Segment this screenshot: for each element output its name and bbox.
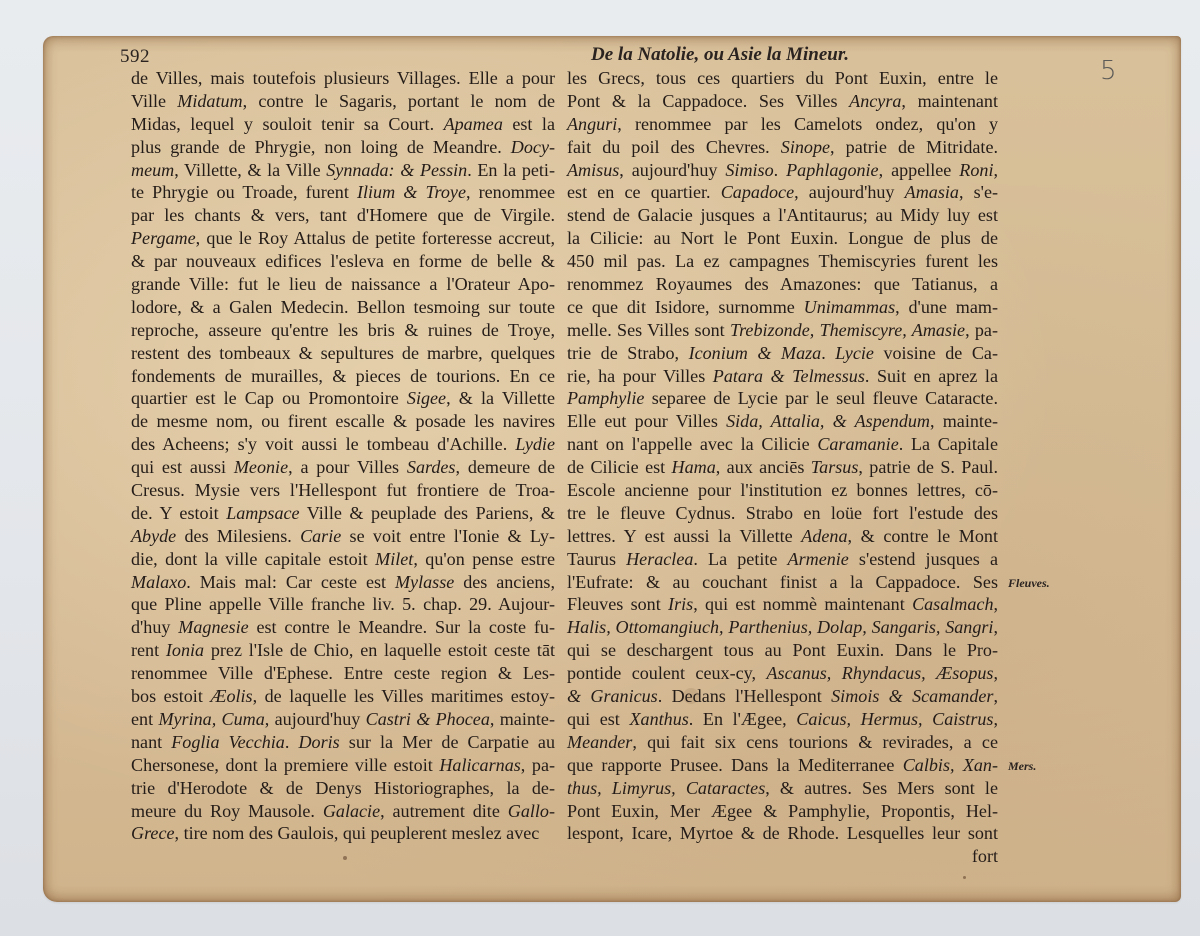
roman-run: rent [131, 640, 166, 660]
roman-run: , autrement dite [380, 801, 508, 821]
roman-run: stend de Galacie jusques a l'Antitaurus;… [567, 205, 998, 225]
text-line: Halis, Ottomangiuch, Parthenius, Dolap, … [567, 616, 998, 639]
roman-run: Taurus [567, 549, 626, 569]
text-line: Anguri, renommee par les Camelots ondez,… [567, 113, 998, 136]
roman-run: , aux anciēs [716, 457, 811, 477]
left-text-column: de Villes, mais toutefois plusieurs Vill… [131, 67, 555, 845]
roman-run: Ville & peuplade des Pariens, & [300, 503, 555, 523]
roman-run: , & contre le Mont [848, 526, 999, 546]
italic-run: Apamea [444, 114, 503, 134]
roman-run: , appellee [879, 160, 960, 180]
roman-run: . La petite [693, 549, 787, 569]
roman-run: rie, ha pour Villes [567, 366, 713, 386]
roman-run: tre le fleuve Cydnus. Strabo en loüe for… [567, 503, 998, 523]
roman-run: . [774, 160, 786, 180]
roman-run: . En l'Ægee, [689, 709, 797, 729]
roman-run: nant on l'appelle avec la Cilicie [567, 434, 817, 454]
foxing-spot [963, 876, 966, 879]
text-line: trie de Strabo, Iconium & Maza. Lycie vo… [567, 342, 998, 365]
italic-run: thus, Limyrus, Cataractes [567, 778, 765, 798]
roman-run: lodore, & a Galen Medecin. Bellon tesmoi… [131, 297, 555, 317]
text-line: te Phrygie ou Troade, furent Ilium & Tro… [131, 181, 555, 204]
roman-run: , qu'on pense estre [413, 549, 555, 569]
text-line: Pont Euxin, Mer Ægee & Pamphylie, Propon… [567, 800, 998, 823]
roman-run: fait du poil des Chevres. [567, 137, 781, 157]
italic-run: meum [131, 160, 174, 180]
text-line: lodore, & a Galen Medecin. Bellon tesmoi… [131, 296, 555, 319]
italic-run: Roni [959, 160, 993, 180]
roman-run: , & autres. Ses Mers sont le [765, 778, 998, 798]
italic-run: Paphlagonie [786, 160, 878, 180]
italic-run: Ionia [166, 640, 204, 660]
italic-run: Synnada: & Pessin [326, 160, 467, 180]
text-line: la Cilicie: au Nort le Pont Euxin. Longu… [567, 227, 998, 250]
roman-run: , aujourd'huy [619, 160, 725, 180]
roman-run: l'Eufrate: & au couchant finist a la Cap… [567, 572, 998, 592]
roman-run: , patrie de Mitridate. [830, 137, 998, 157]
text-line: reproche, asseure qu'entre les bris & ru… [131, 319, 555, 342]
text-line: lespont, Icare, Myrtoe & de Rhode. Lesqu… [567, 822, 998, 845]
roman-run: die, dont la ville capitale estoit [131, 549, 375, 569]
roman-run: Chersonese, dont la premiere ville estoi… [131, 755, 439, 775]
italic-run: Mylasse [395, 572, 454, 592]
roman-run: 450 mil pas. La ez campagnes Themiscyrie… [567, 251, 998, 271]
italic-run: Grece [131, 823, 175, 843]
roman-run: qui est [567, 709, 629, 729]
text-line: grande Ville: fut le lieu de naissance a… [131, 273, 555, 296]
text-line: Fleuves sont Iris, qui est nommè mainten… [567, 593, 998, 616]
italic-run: Gallo- [508, 801, 555, 821]
roman-run: , maintenant [901, 91, 998, 111]
italic-run: Caicus, Hermus, Caistrus [796, 709, 993, 729]
roman-run: te Phrygie ou Troade, furent [131, 182, 357, 202]
roman-run: , de laquelle les Villes maritimes estoy… [253, 686, 555, 706]
roman-run: renommez Royaumes des Amazones: que Tati… [567, 274, 998, 294]
italic-run: Halis, Ottomangiuch, Parthenius, Dolap, … [567, 617, 993, 637]
text-line: Elle eut pour Villes Sida, Attalia, & As… [567, 410, 998, 433]
italic-run: Amasia [905, 182, 959, 202]
italic-run: Æolis [210, 686, 252, 706]
roman-run: , renommee par les Camelots ondez, qu'on… [617, 114, 998, 134]
italic-run: Iris [668, 594, 693, 614]
text-line: ce que dit Isidore, surnomme Unimammas, … [567, 296, 998, 319]
italic-run: Halicarnas [439, 755, 520, 775]
text-line: qui est Xanthus. En l'Ægee, Caicus, Herm… [567, 708, 998, 731]
roman-run: , pa- [965, 320, 998, 340]
roman-run: , [993, 160, 998, 180]
italic-run: Sigee [407, 388, 446, 408]
roman-run: de Cilicie est [567, 457, 672, 477]
text-line: renommez Royaumes des Amazones: que Tati… [567, 273, 998, 296]
roman-run: , qui est nommè maintenant [693, 594, 912, 614]
text-line: de mesme nom, ou firent escalle & posade… [131, 410, 555, 433]
roman-run: , [993, 594, 998, 614]
italic-run: Sardes [407, 457, 456, 477]
roman-run: Pont & la Cappadoce. Ses Villes [567, 91, 849, 111]
pencil-annotation: 5 [1100, 56, 1117, 86]
roman-run: Cresus. Mysie vers l'Hellespont fut fron… [131, 480, 555, 500]
text-line: Chersonese, dont la premiere ville estoi… [131, 754, 555, 777]
italic-run: Casalmach [912, 594, 993, 614]
roman-run: fort [972, 846, 998, 866]
text-line: des Acheens; s'y voit aussi le tombeau d… [131, 433, 555, 456]
roman-run: melle. Ses Villes sont [567, 320, 730, 340]
italic-run: Capadoce [721, 182, 794, 202]
italic-run: Trebizonde, Themiscyre, Amasie [730, 320, 965, 340]
foxing-spot [343, 856, 347, 860]
italic-run: Ilium & Troye [357, 182, 466, 202]
roman-run: la Cilicie: au Nort le Pont Euxin. Longu… [567, 228, 998, 248]
roman-run: les Grecs, tous ces quartiers du Pont Eu… [567, 68, 998, 88]
text-line: tre le fleuve Cydnus. Strabo en loüe for… [567, 502, 998, 525]
italic-run: Pamphylie [567, 388, 644, 408]
roman-run: . Suit en aprez la [865, 366, 998, 386]
roman-run: prez l'Isle de Chio, en laquelle estoit … [204, 640, 555, 660]
roman-run: , demeure de [455, 457, 555, 477]
italic-run: Caramanie [817, 434, 898, 454]
italic-run: Tarsus [811, 457, 859, 477]
text-line: Escole ancienne pour l'institution ez bo… [567, 479, 998, 502]
text-line: rent Ionia prez l'Isle de Chio, en laque… [131, 639, 555, 662]
italic-run: Sida, Attalia, & Aspendum [726, 411, 930, 431]
roman-run: qui est aussi [131, 457, 234, 477]
roman-run: Escole ancienne pour l'institution ez bo… [567, 480, 998, 500]
italic-run: Pergame [131, 228, 196, 248]
text-line: qui se deschargent tous au Pont Euxin. D… [567, 639, 998, 662]
italic-run: Lycie [835, 343, 874, 363]
italic-run: Simois & Scamander [831, 686, 993, 706]
roman-run: . En la peti- [467, 160, 555, 180]
page-number: 592 [120, 46, 150, 68]
roman-run: , [993, 709, 998, 729]
roman-run: trie d'Herodote & de Denys Historiograph… [131, 778, 555, 798]
text-line: restent des tombeaux & sepultures de mar… [131, 342, 555, 365]
text-line: Meander, qui fait six cens tourions & re… [567, 731, 998, 754]
roman-run: , renommee [466, 182, 555, 202]
roman-run: quartier est le Cap ou Promontoire [131, 388, 407, 408]
italic-run: Iconium & Maza [689, 343, 822, 363]
roman-run: sur la Mer de Carpatie au [340, 732, 555, 752]
italic-run: Ascanus, Rhyndacus, Æsopus [767, 663, 994, 683]
roman-run: . [821, 343, 835, 363]
text-line: Amisus, aujourd'huy Simiso. Paphlagonie,… [567, 159, 998, 182]
roman-run: renommee Ville d'Ephese. Entre ceste reg… [131, 663, 555, 683]
roman-run: est contre le Meandre. Sur la coste fu- [249, 617, 555, 637]
roman-run: des anciens, [454, 572, 555, 592]
text-line: plus grande de Phrygie, non loing de Mea… [131, 136, 555, 159]
text-line: de. Y estoit Lampsace Ville & peuplade d… [131, 502, 555, 525]
text-line: Pont & la Cappadoce. Ses Villes Ancyra, … [567, 90, 998, 113]
roman-run: & par nouveaux edifices l'esleva en form… [131, 251, 555, 271]
roman-run: , tire nom des Gaulois, qui peuplerent m… [175, 823, 540, 843]
text-line: ent Myrina, Cuma, aujourd'huy Castri & P… [131, 708, 555, 731]
roman-run: Midas, lequel y souloit tenir sa Court. [131, 114, 444, 134]
text-line: l'Eufrate: & au couchant finist a la Cap… [567, 571, 998, 594]
text-line: bos estoit Æolis, de laquelle les Villes… [131, 685, 555, 708]
roman-run: nant [131, 732, 171, 752]
italic-run: Midatum [177, 91, 242, 111]
text-line: trie d'Herodote & de Denys Historiograph… [131, 777, 555, 800]
text-line: Cresus. Mysie vers l'Hellespont fut fron… [131, 479, 555, 502]
roman-run: , [993, 663, 998, 683]
text-line: stend de Galacie jusques a l'Antitaurus;… [567, 204, 998, 227]
roman-run: Ville [131, 91, 177, 111]
roman-run: ent [131, 709, 158, 729]
text-line: fort [567, 845, 998, 868]
roman-run: , aujourd'huy [265, 709, 366, 729]
roman-run: , s'e- [959, 182, 998, 202]
text-line: Abyde des Milesiens. Carie se voit entre… [131, 525, 555, 548]
text-line: quartier est le Cap ou Promontoire Sigee… [131, 387, 555, 410]
text-line: Grece, tire nom des Gaulois, qui peupler… [131, 822, 555, 845]
italic-run: Sinope [781, 137, 830, 157]
text-line: les Grecs, tous ces quartiers du Pont Eu… [567, 67, 998, 90]
italic-run: Doris [298, 732, 339, 752]
roman-run: lettres. Y est aussi la Villette [567, 526, 801, 546]
roman-run: , aujourd'huy [794, 182, 905, 202]
roman-run: restent des tombeaux & sepultures de mar… [131, 343, 555, 363]
roman-run: . [285, 732, 299, 752]
margin-note: Mers. [1008, 759, 1036, 774]
italic-run: & Granicus [567, 686, 658, 706]
italic-run: Milet [375, 549, 413, 569]
text-line: fondements de murailles, & pieces de tou… [131, 365, 555, 388]
roman-run: trie de Strabo, [567, 343, 689, 363]
text-line: lettres. Y est aussi la Villette Adena, … [567, 525, 998, 548]
roman-run: grande Ville: fut le lieu de naissance a… [131, 274, 555, 294]
roman-run: des Milesiens. [176, 526, 300, 546]
roman-run: ce que dit Isidore, surnomme [567, 297, 804, 317]
text-line: que rapporte Prusee. Dans la Mediterrane… [567, 754, 998, 777]
text-line: fait du poil des Chevres. Sinope, patrie… [567, 136, 998, 159]
italic-run: Hama [672, 457, 716, 477]
italic-run: Docy- [511, 137, 555, 157]
roman-run: que rapporte Prusee. Dans la Mediterrane… [567, 755, 903, 775]
text-line: melle. Ses Villes sont Trebizonde, Themi… [567, 319, 998, 342]
roman-run: , que le Roy Attalus de petite forteress… [196, 228, 555, 248]
text-line: Taurus Heraclea. La petite Armenie s'est… [567, 548, 998, 571]
italic-run: Calbis, Xan- [903, 755, 998, 775]
roman-run: de. Y estoit [131, 503, 226, 523]
italic-run: Ancyra [849, 91, 901, 111]
text-line: 450 mil pas. La ez campagnes Themiscyrie… [567, 250, 998, 273]
italic-run: Meander [567, 732, 632, 752]
text-line: nant Foglia Vecchia. Doris sur la Mer de… [131, 731, 555, 754]
text-line: die, dont la ville capitale estoit Milet… [131, 548, 555, 571]
text-line: Midas, lequel y souloit tenir sa Court. … [131, 113, 555, 136]
text-line: de Villes, mais toutefois plusieurs Vill… [131, 67, 555, 90]
italic-run: Unimammas [804, 297, 895, 317]
text-line: meum, Villette, & la Ville Synnada: & Pe… [131, 159, 555, 182]
text-line: pontide coulent ceux-cy, Ascanus, Rhynda… [567, 662, 998, 685]
italic-run: Amisus [567, 160, 619, 180]
italic-run: Carie [300, 526, 341, 546]
italic-run: Simiso [725, 160, 773, 180]
roman-run: , & la Villette [446, 388, 555, 408]
text-line: d'huy Magnesie est contre le Meandre. Su… [131, 616, 555, 639]
text-line: que Pline appelle Ville franche liv. 5. … [131, 593, 555, 616]
right-text-column: les Grecs, tous ces quartiers du Pont Eu… [567, 67, 998, 868]
roman-run: , pa- [521, 755, 555, 775]
roman-run: Fleuves sont [567, 594, 668, 614]
roman-run: s'estend jusques a [849, 549, 998, 569]
roman-run: fondements de murailles, & pieces de tou… [131, 366, 555, 386]
roman-run: , a pour Villes [288, 457, 407, 477]
italic-run: Castri & Phocea [366, 709, 490, 729]
roman-run: est la [503, 114, 555, 134]
text-line: de Cilicie est Hama, aux anciēs Tarsus, … [567, 456, 998, 479]
text-line: est en ce quartier. Capadoce, aujourd'hu… [567, 181, 998, 204]
italic-run: Magnesie [178, 617, 248, 637]
italic-run: Meonie [234, 457, 288, 477]
roman-run: . La Capitale [899, 434, 998, 454]
roman-run: Pont Euxin, Mer Ægee & Pamphylie, Propon… [567, 801, 998, 821]
italic-run: Anguri [567, 114, 617, 134]
roman-run: , [993, 617, 998, 637]
italic-run: Armenie [788, 549, 849, 569]
text-line: renommee Ville d'Ephese. Entre ceste reg… [131, 662, 555, 685]
text-line: & Granicus. Dedans l'Hellespont Simois &… [567, 685, 998, 708]
roman-run: qui se deschargent tous au Pont Euxin. D… [567, 640, 998, 660]
italic-run: Patara & Telmessus [713, 366, 865, 386]
italic-run: Myrina, Cuma [158, 709, 264, 729]
italic-run: Lampsace [226, 503, 299, 523]
margin-note: Fleuves. [1008, 576, 1050, 591]
running-head: De la Natolie, ou Asie la Mineur. [420, 44, 1020, 66]
roman-run: , mainte- [490, 709, 555, 729]
roman-run: meure du Roy Mausole. [131, 801, 323, 821]
text-line: & par nouveaux edifices l'esleva en form… [131, 250, 555, 273]
roman-run: , contre le Sagaris, portant le nom de [243, 91, 555, 111]
roman-run: reproche, asseure qu'entre les bris & ru… [131, 320, 555, 340]
roman-run: plus grande de Phrygie, non loing de Mea… [131, 137, 511, 157]
text-line: par les chants & vers, tant d'Homere que… [131, 204, 555, 227]
italic-run: Adena [801, 526, 847, 546]
roman-run: . Dedans l'Hellespont [658, 686, 831, 706]
roman-run: , Villette, & la Ville [174, 160, 326, 180]
text-line: rie, ha pour Villes Patara & Telmessus. … [567, 365, 998, 388]
roman-run: , patrie de S. Paul. [858, 457, 998, 477]
roman-run: de Villes, mais toutefois plusieurs Vill… [131, 68, 555, 88]
roman-run: separee de Lycie par le seul fleuve Cata… [644, 388, 998, 408]
roman-run: , qui fait six cens tourions & revirades… [632, 732, 998, 752]
roman-run: des Acheens; s'y voit aussi le tombeau d… [131, 434, 515, 454]
roman-run: , [993, 686, 998, 706]
italic-run: Galacie [323, 801, 380, 821]
italic-run: Foglia Vecchia [171, 732, 285, 752]
roman-run: Elle eut pour Villes [567, 411, 726, 431]
roman-run: que Pline appelle Ville franche liv. 5. … [131, 594, 555, 614]
roman-run: par les chants & vers, tant d'Homere que… [131, 205, 555, 225]
italic-run: Xanthus [629, 709, 688, 729]
roman-run: . Mais mal: Car ceste est [186, 572, 395, 592]
text-line: Malaxo. Mais mal: Car ceste est Mylasse … [131, 571, 555, 594]
roman-run: de mesme nom, ou firent escalle & posade… [131, 411, 555, 431]
text-line: Ville Midatum, contre le Sagaris, portan… [131, 90, 555, 113]
roman-run: , d'une mam- [895, 297, 998, 317]
text-line: nant on l'appelle avec la Cilicie Carama… [567, 433, 998, 456]
text-line: thus, Limyrus, Cataractes, & autres. Ses… [567, 777, 998, 800]
italic-run: Abyde [131, 526, 176, 546]
roman-run: bos estoit [131, 686, 210, 706]
roman-run: pontide coulent ceux-cy, [567, 663, 767, 683]
roman-run: se voit entre l'Ionie & Ly- [341, 526, 555, 546]
text-line: qui est aussi Meonie, a pour Villes Sard… [131, 456, 555, 479]
italic-run: Lydie [515, 434, 555, 454]
text-line: Pergame, que le Roy Attalus de petite fo… [131, 227, 555, 250]
roman-run: voisine de Ca- [874, 343, 998, 363]
text-line: meure du Roy Mausole. Galacie, autrement… [131, 800, 555, 823]
roman-run: est en ce quartier. [567, 182, 721, 202]
italic-run: Malaxo [131, 572, 186, 592]
text-line: Pamphylie separee de Lycie par le seul f… [567, 387, 998, 410]
roman-run: lespont, Icare, Myrtoe & de Rhode. Lesqu… [567, 823, 998, 843]
italic-run: Heraclea [626, 549, 693, 569]
roman-run: d'huy [131, 617, 178, 637]
roman-run: , mainte- [930, 411, 998, 431]
